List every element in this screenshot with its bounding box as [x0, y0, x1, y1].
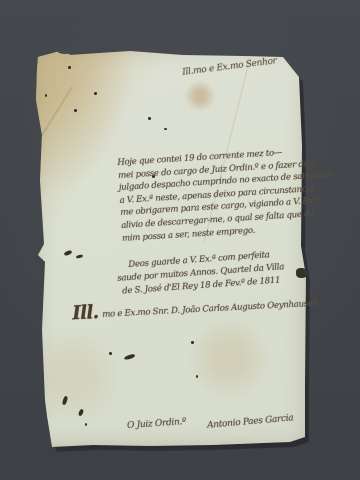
tear-mark [57, 47, 74, 54]
manuscript-paper [33, 46, 308, 448]
ink-speck [85, 423, 87, 426]
ink-speck [74, 109, 77, 112]
ink-speck [164, 128, 167, 130]
ink-smudge [62, 396, 69, 406]
flourish-initial: Ill. [72, 304, 99, 321]
ink-speck [191, 341, 194, 344]
ink-smudge [76, 254, 84, 259]
ink-speck [196, 375, 198, 378]
body-paragraph: Hoje que contei 19 do corrente mez to— m… [117, 144, 336, 245]
fold-crease [0, 86, 74, 232]
tear-mark [31, 182, 38, 188]
ink-speck [94, 92, 97, 95]
ink-speck [109, 352, 112, 355]
ink-speck [45, 94, 47, 97]
photo-background: Ill.mo e Ex.mo Senhor Hoje que contei 19… [0, 0, 360, 480]
ink-smudge [64, 250, 73, 257]
ink-smudge [78, 408, 85, 416]
ink-smudge [124, 354, 136, 361]
tear-mark [32, 204, 38, 212]
ink-speck [68, 66, 71, 69]
ink-speck [148, 117, 151, 120]
